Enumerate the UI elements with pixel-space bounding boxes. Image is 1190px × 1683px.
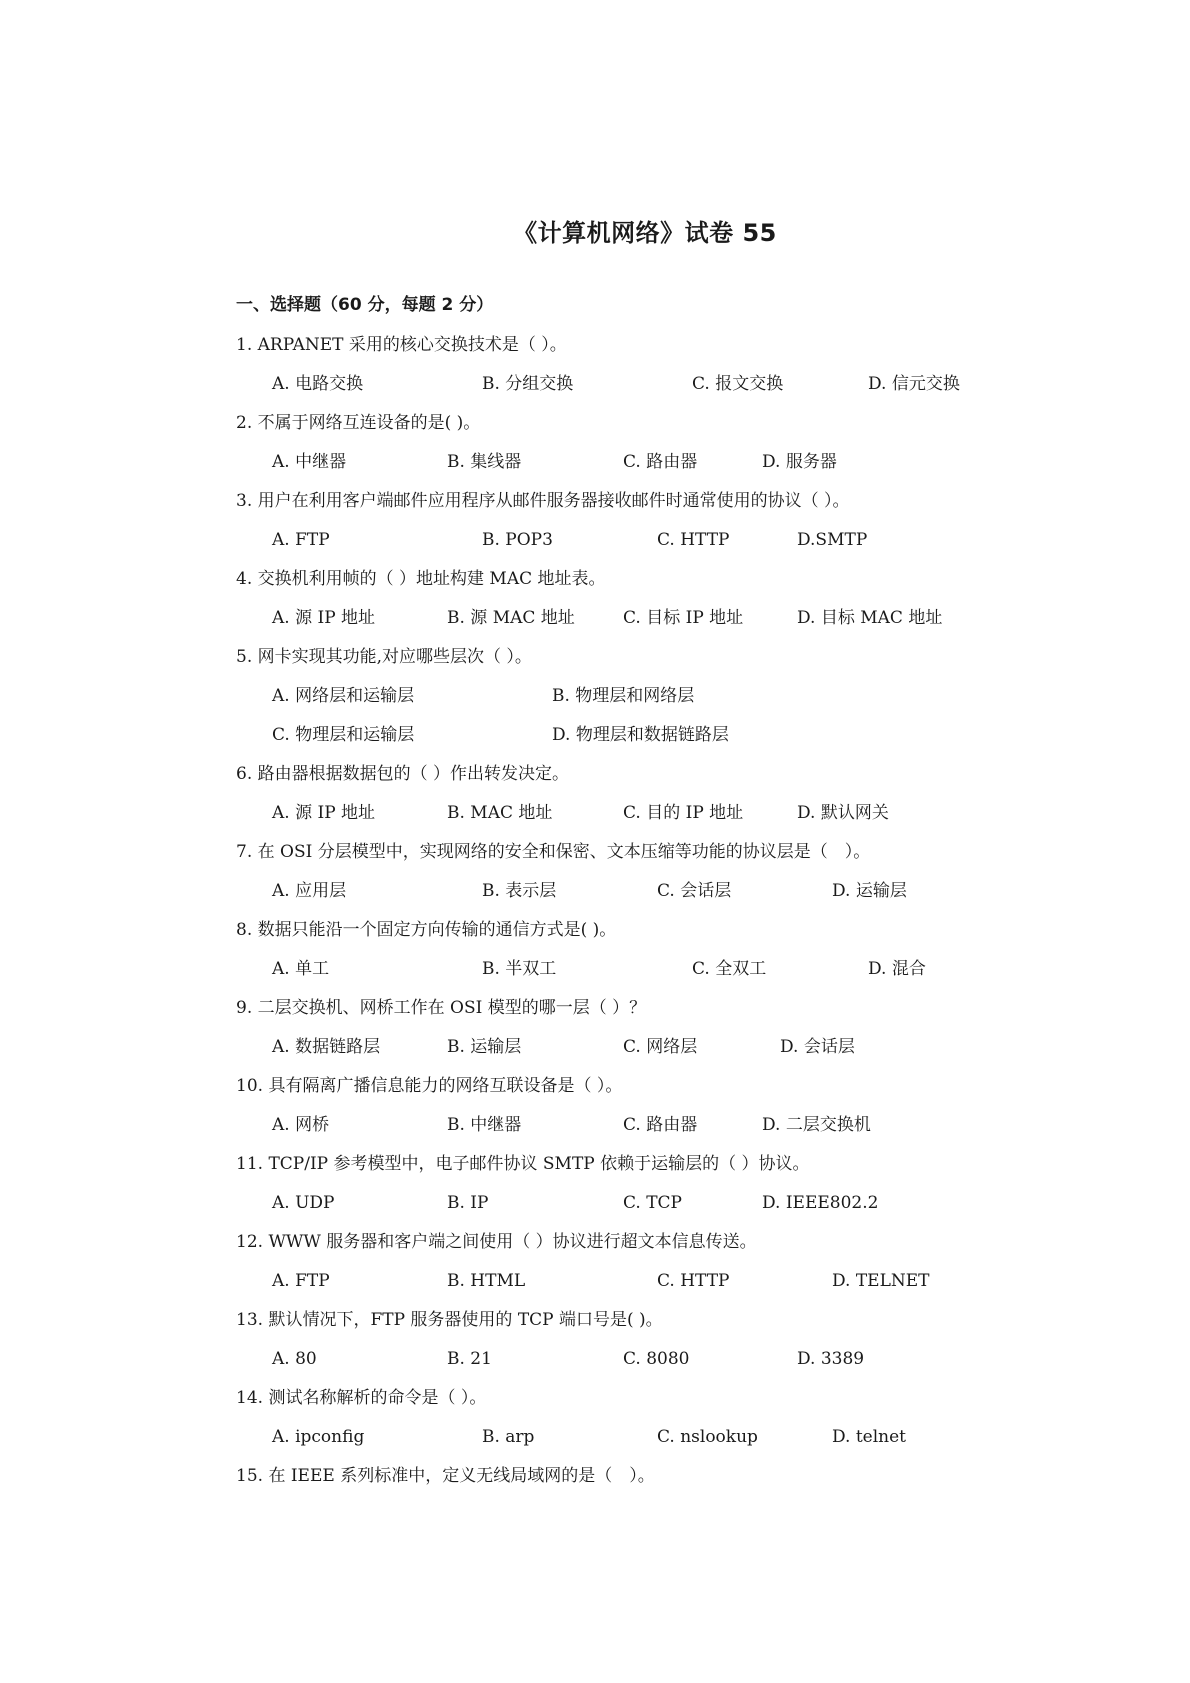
question-4-stem: 4. 交换机利用帧的（ ）地址构建 MAC 地址表。 [236,568,606,590]
q10-option-a: A. 网桥 [272,1114,329,1136]
q14-option-b: B. arp [482,1426,534,1448]
q13-option-d: D. 3389 [797,1348,864,1370]
q9-option-d: D. 会话层 [780,1036,855,1058]
q6-option-d: D. 默认网关 [797,802,889,824]
q14-option-a: A. ipconfig [272,1426,364,1448]
q3-option-b: B. POP3 [482,529,553,551]
q8-option-c: C. 全双工 [692,958,766,980]
q5-option-d: D. 物理层和数据链路层 [552,724,729,746]
q6-option-a: A. 源 IP 地址 [272,802,375,824]
q10-option-b: B. 中继器 [447,1114,521,1136]
question-3-stem: 3. 用户在利用客户端邮件应用程序从邮件服务器接收邮件时通常使用的协议（ ）。 [236,490,850,512]
question-5-stem: 5. 网卡实现其功能,对应哪些层次（ ）。 [236,646,532,668]
question-13-stem: 13. 默认情况下，FTP 服务器使用的 TCP 端口号是( )。 [236,1309,663,1331]
q11-option-c: C. TCP [623,1192,682,1214]
q3-option-a: A. FTP [272,529,330,551]
q9-option-b: B. 运输层 [447,1036,521,1058]
question-9-stem: 9. 二层交换机、网桥工作在 OSI 模型的哪一层（ ）？ [236,997,646,1019]
q6-option-b: B. MAC 地址 [447,802,552,824]
question-7-stem: 7. 在 OSI 分层模型中，实现网络的安全和保密、文本压缩等功能的协议层是（ … [236,841,870,863]
q7-option-a: A. 应用层 [272,880,346,902]
q5-option-b: B. 物理层和网络层 [552,685,694,707]
q14-option-c: C. nslookup [657,1426,758,1448]
question-2-stem: 2. 不属于网络互连设备的是( )。 [236,412,480,434]
question-1-stem: 1. ARPANET 采用的核心交换技术是（ ）。 [236,334,567,356]
q11-option-b: B. IP [447,1192,488,1214]
q4-option-d: D. 目标 MAC 地址 [797,607,942,629]
q2-option-b: B. 集线器 [447,451,521,473]
q12-option-c: C. HTTP [657,1270,729,1292]
q4-option-c: C. 目标 IP 地址 [623,607,743,629]
q2-option-c: C. 路由器 [623,451,697,473]
page-title: 《计算机网络》试卷 55 [0,213,1190,248]
q7-option-c: C. 会话层 [657,880,731,902]
q8-option-a: A. 单工 [272,958,329,980]
q10-option-c: C. 路由器 [623,1114,697,1136]
q5-option-c: C. 物理层和运输层 [272,724,414,746]
q6-option-c: C. 目的 IP 地址 [623,802,743,824]
q11-option-d: D. IEEE802.2 [762,1192,878,1214]
q3-option-c: C. HTTP [657,529,729,551]
q4-option-a: A. 源 IP 地址 [272,607,375,629]
q14-option-d: D. telnet [832,1426,906,1448]
q2-option-a: A. 中继器 [272,451,346,473]
exam-page: 《计算机网络》试卷 55 一、选择题（60 分，每题 2 分） 1. ARPAN… [0,0,1190,1683]
section-heading: 一、选择题（60 分，每题 2 分） [236,290,493,315]
question-15-stem: 15. 在 IEEE 系列标准中，定义无线局域网的是（ ）。 [236,1465,655,1487]
question-8-stem: 8. 数据只能沿一个固定方向传输的通信方式是( )。 [236,919,616,941]
q4-option-b: B. 源 MAC 地址 [447,607,575,629]
q9-option-c: C. 网络层 [623,1036,697,1058]
q3-option-d: D.SMTP [797,529,867,551]
question-6-stem: 6. 路由器根据数据包的（ ）作出转发决定。 [236,763,569,785]
question-11-stem: 11. TCP/IP 参考模型中，电子邮件协议 SMTP 依赖于运输层的（ ）协… [236,1153,810,1175]
q1-option-b: B. 分组交换 [482,373,573,395]
question-10-stem: 10. 具有隔离广播信息能力的网络互联设备是（ ）。 [236,1075,622,1097]
q13-option-c: C. 8080 [623,1348,689,1370]
q1-option-c: C. 报文交换 [692,373,783,395]
question-12-stem: 12. WWW 服务器和客户端之间使用（ ）协议进行超文本信息传送。 [236,1231,757,1253]
q1-option-a: A. 电路交换 [272,373,363,395]
q12-option-b: B. HTML [447,1270,525,1292]
q13-option-b: B. 21 [447,1348,492,1370]
q2-option-d: D. 服务器 [762,451,837,473]
q12-option-d: D. TELNET [832,1270,930,1292]
q13-option-a: A. 80 [272,1348,317,1370]
q9-option-a: A. 数据链路层 [272,1036,380,1058]
q11-option-a: A. UDP [272,1192,334,1214]
question-14-stem: 14. 测试名称解析的命令是（ ）。 [236,1387,486,1409]
q8-option-d: D. 混合 [868,958,926,980]
q10-option-d: D. 二层交换机 [762,1114,871,1136]
q7-option-b: B. 表示层 [482,880,556,902]
q12-option-a: A. FTP [272,1270,330,1292]
q5-option-a: A. 网络层和运输层 [272,685,414,707]
q7-option-d: D. 运输层 [832,880,907,902]
q1-option-d: D. 信元交换 [868,373,960,395]
q8-option-b: B. 半双工 [482,958,556,980]
